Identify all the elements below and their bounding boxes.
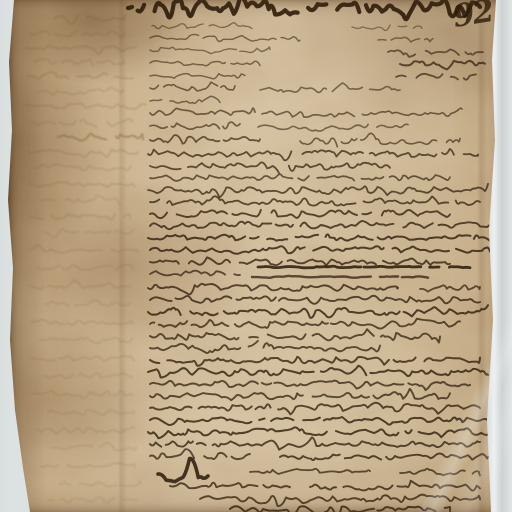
handwriting-svg [0, 0, 512, 512]
manuscript-photo: 92 [0, 0, 512, 512]
page-number-mark: 92 [450, 0, 494, 35]
manuscript-page: 92 [0, 0, 512, 512]
